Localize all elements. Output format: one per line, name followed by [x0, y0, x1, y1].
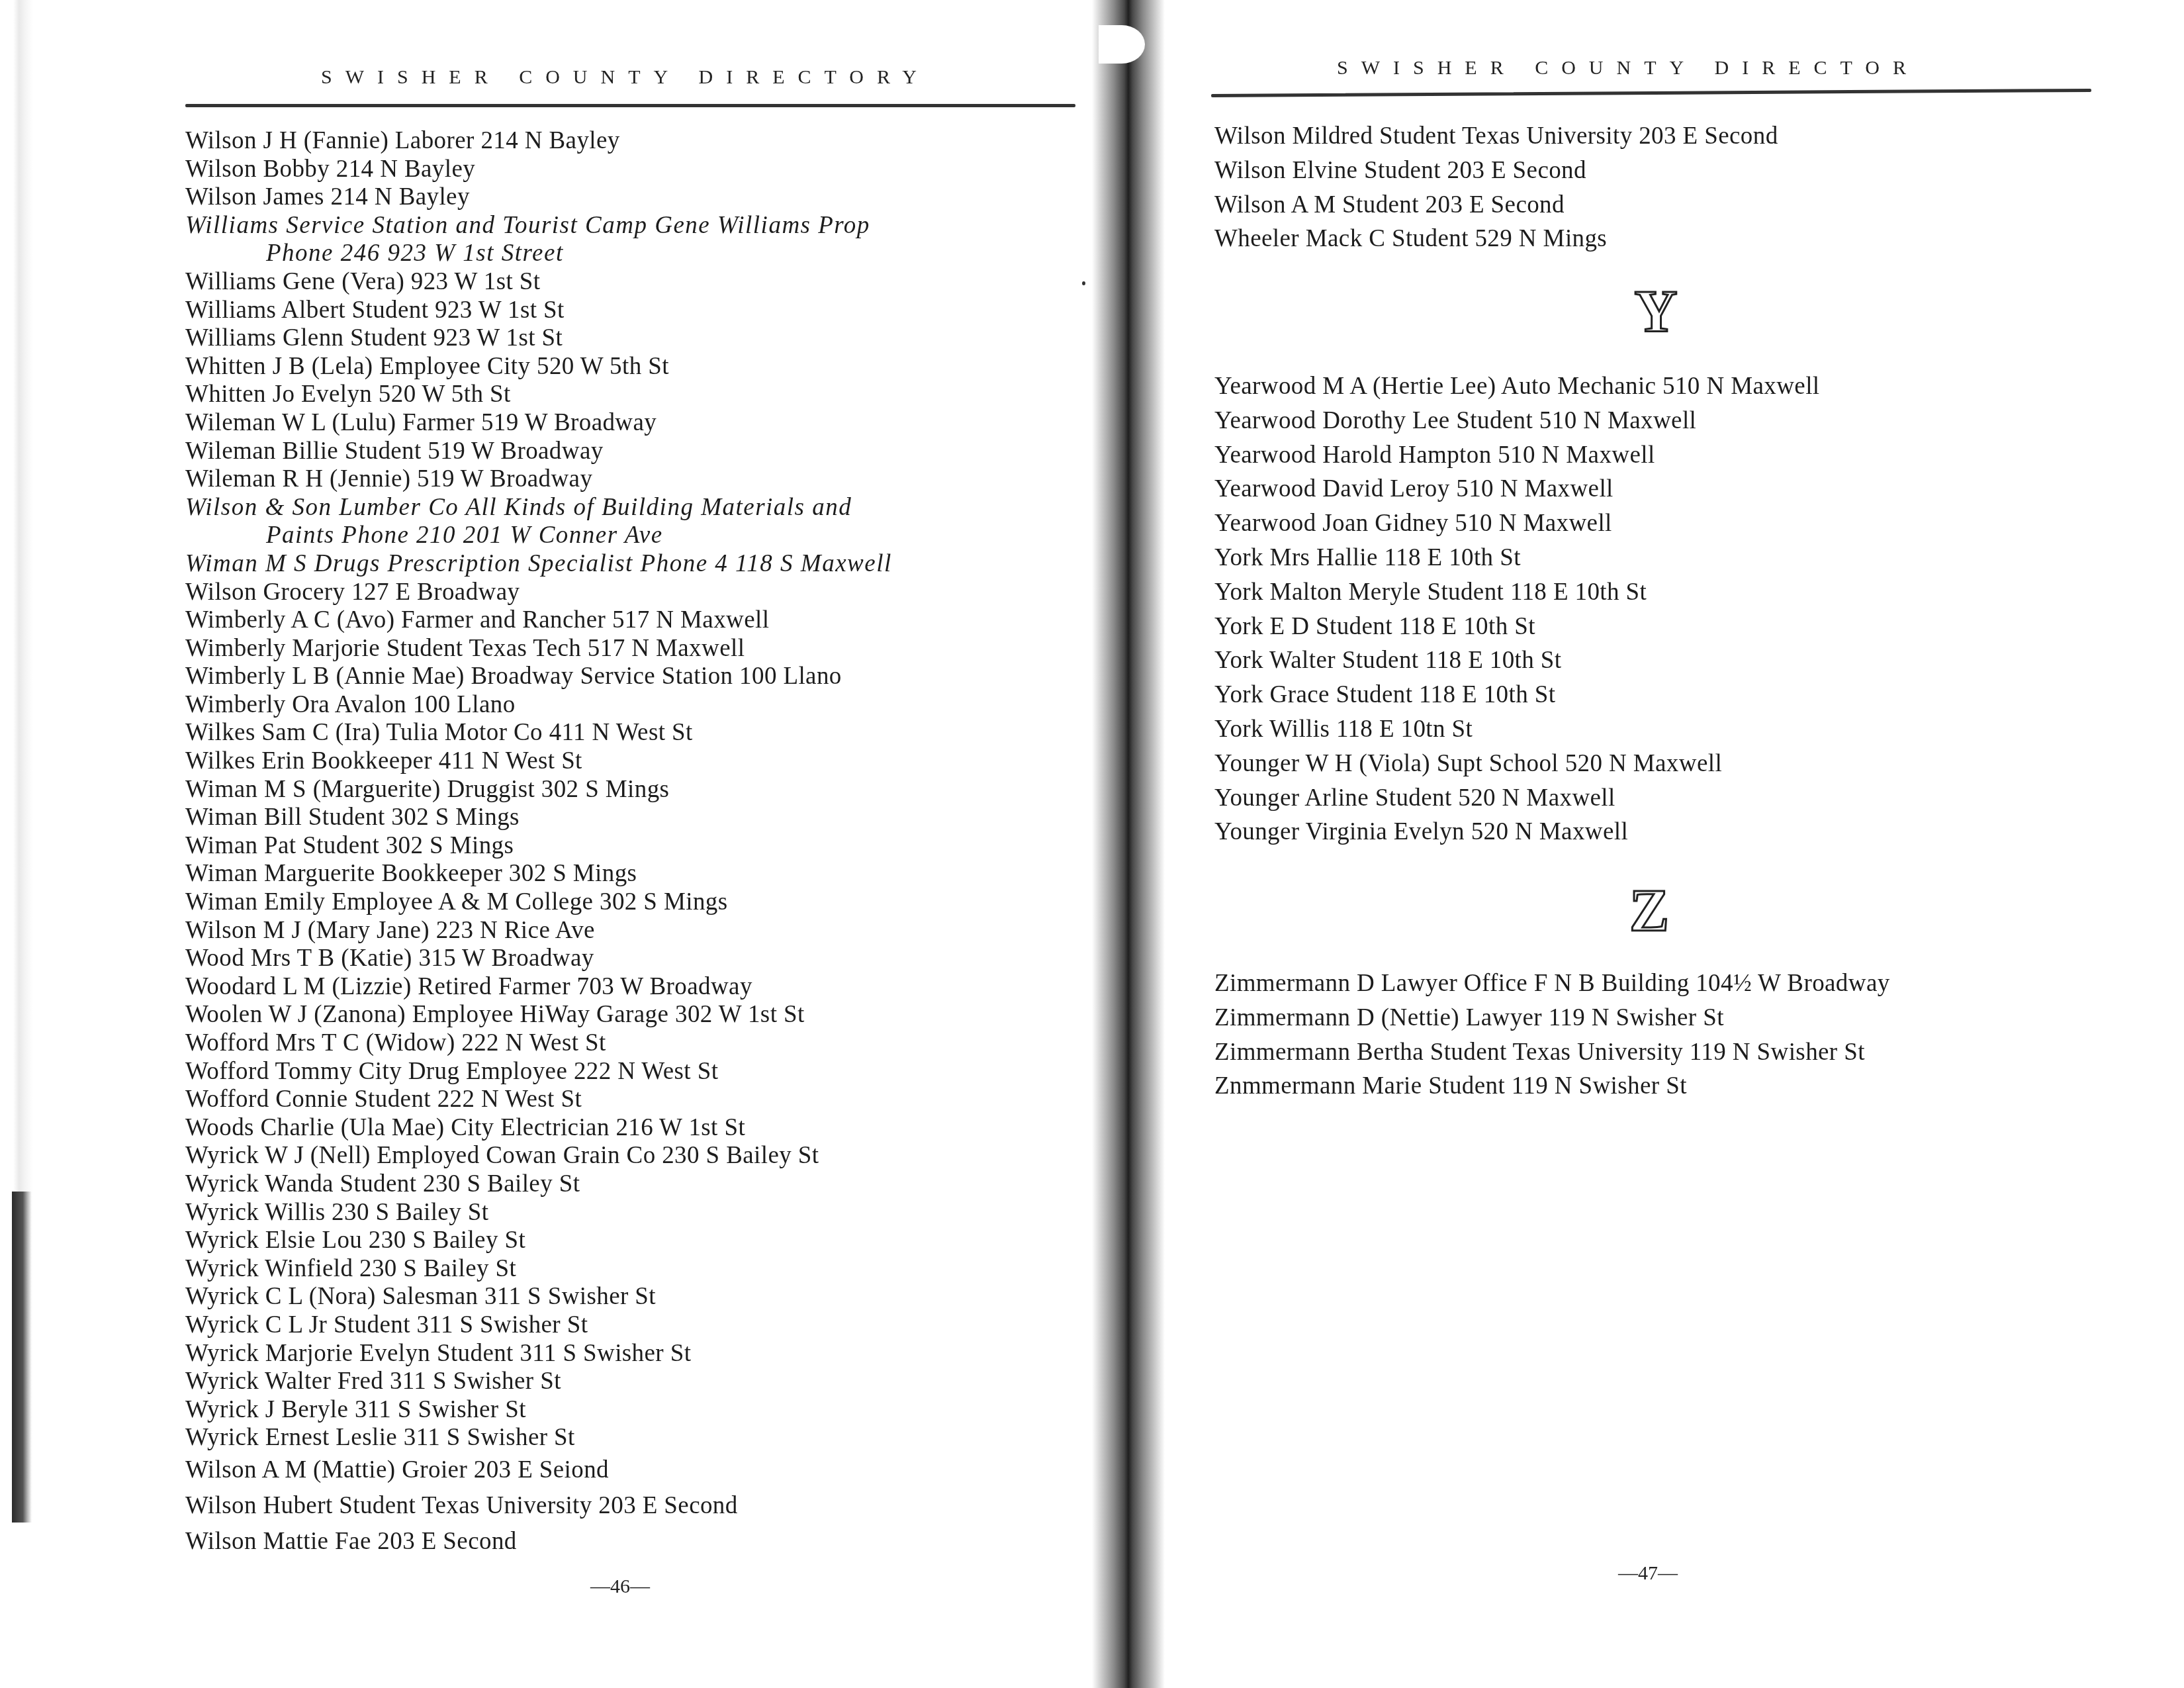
directory-entry: Williams Glenn Student 923 W 1st St [185, 324, 892, 353]
entry-text: Williams Service Station and Tourist Cam… [185, 212, 870, 239]
directory-entry: York Willis 118 E 10tn St [1214, 712, 1820, 747]
directory-entry: York Grace Student 118 E 10th St [1214, 678, 1820, 712]
directory-entry: Williams Gene (Vera) 923 W 1st St [185, 268, 892, 297]
directory-entry: Yearwood Harold Hampton 510 N Maxwell [1214, 438, 1820, 473]
directory-entry: Wyrick Willis 230 S Bailey St [185, 1199, 892, 1227]
directory-entry: Wilson Elvine Student 203 E Second [1214, 154, 1778, 188]
directory-entry: Wilson Hubert Student Texas University 2… [185, 1488, 892, 1524]
entry-continuation: Paints Phone 210 201 W Conner Ave [185, 522, 892, 550]
directory-entry: Zimmermann D Lawyer Office F N B Buildin… [1214, 966, 1890, 1001]
directory-entries: Wilson J H (Fannie) Laborer 214 N Bayley… [185, 127, 892, 1560]
directory-entry: Wofford Connie Student 222 N West St [185, 1086, 892, 1114]
directory-entry: Whitten J B (Lela) Employee City 520 W 5… [185, 353, 892, 381]
header-rule [1211, 89, 2091, 97]
directory-entry: Wilson Bobby 214 N Bayley [185, 156, 892, 184]
directory-entry: Wilson Grocery 127 E Broadway [185, 579, 892, 607]
directory-entry: Wyrick Winfield 230 S Bailey St [185, 1255, 892, 1284]
right-page: SWISHER COUNTY DIRECTOR Wilson Mildred S… [1208, 0, 2088, 1688]
z-section-entries: Zimmermann D Lawyer Office F N B Buildin… [1214, 966, 1890, 1103]
running-head: SWISHER COUNTY DIRECTORY [321, 66, 930, 89]
directory-entry: Whitten Jo Evelyn 520 W 5th St [185, 381, 892, 409]
directory-entry: Wilson A M Student 203 E Second [1214, 188, 1778, 222]
directory-entry: Williams Albert Student 923 W 1st St [185, 297, 892, 325]
directory-entry: Wiman Marguerite Bookkeeper 302 S Mings [185, 860, 892, 888]
scan-speck [1082, 281, 1085, 285]
entry-continuation: Phone 246 923 W 1st Street [185, 240, 892, 268]
directory-entry: Wyrick Ernest Leslie 311 S Swisher St [185, 1424, 892, 1452]
directory-entry: Wyrick C L (Nora) Salesman 311 S Swisher… [185, 1283, 892, 1311]
directory-entry: Wiman Bill Student 302 S Mings [185, 804, 892, 832]
business-entry: Wiman M S Drugs Prescription Specialist … [185, 550, 892, 579]
business-entry: Wilson & Son Lumber Co All Kinds of Buil… [185, 494, 892, 550]
directory-entry: York Malton Meryle Student 118 E 10th St [1214, 575, 1820, 610]
directory-entry: Zimmermann D (Nettie) Lawyer 119 N Swish… [1214, 1001, 1890, 1035]
y-section-entries: Yearwood M A (Hertie Lee) Auto Mechanic … [1214, 369, 1820, 849]
directory-entry: Wileman R H (Jennie) 519 W Broadway [185, 465, 892, 494]
directory-entry: Wimberly Marjorie Student Texas Tech 517… [185, 635, 892, 663]
directory-entry: Wiman Pat Student 302 S Mings [185, 832, 892, 861]
directory-entry: Wiman Emily Employee A & M College 302 S… [185, 888, 892, 917]
directory-entry: Yearwood M A (Hertie Lee) Auto Mechanic … [1214, 369, 1820, 404]
directory-entry: Wofford Tommy City Drug Employee 222 N W… [185, 1058, 892, 1086]
page-number: —46— [590, 1575, 650, 1598]
left-page: SWISHER COUNTY DIRECTORY Wilson J H (Fan… [185, 0, 1079, 1688]
directory-entry: Wiman M S (Marguerite) Druggist 302 S Mi… [185, 776, 892, 804]
directory-entry: Wyrick J Beryle 311 S Swisher St [185, 1396, 892, 1425]
spine-notch [1099, 25, 1145, 64]
w-continued-entries: Wilson Mildred Student Texas University … [1214, 119, 1778, 256]
directory-entry: Wimberly A C (Avo) Farmer and Rancher 51… [185, 606, 892, 635]
directory-entry: Wheeler Mack C Student 529 N Mings [1214, 222, 1778, 256]
directory-entry: Wilkes Sam C (Ira) Tulia Motor Co 411 N … [185, 719, 892, 747]
directory-entry: Wyrick Marjorie Evelyn Student 311 S Swi… [185, 1340, 892, 1368]
directory-entry: Younger W H (Viola) Supt School 520 N Ma… [1214, 747, 1820, 781]
directory-entry: Wileman Billie Student 519 W Broadway [185, 438, 892, 466]
directory-entry: York Mrs Hallie 118 E 10th St [1214, 541, 1820, 575]
directory-entry: Znmmermann Marie Student 119 N Swisher S… [1214, 1069, 1890, 1103]
directory-entry: Wood Mrs T B (Katie) 315 W Broadway [185, 945, 892, 973]
directory-entry: York E D Student 118 E 10th St [1214, 610, 1820, 644]
directory-entry: Younger Arline Student 520 N Maxwell [1214, 781, 1820, 816]
directory-entry: Wileman W L (Lulu) Farmer 519 W Broadway [185, 409, 892, 438]
directory-entry: Wyrick Wanda Student 230 S Bailey St [185, 1170, 892, 1199]
section-heading-z: Z [1616, 877, 1682, 945]
directory-entry: Wilson J H (Fannie) Laborer 214 N Bayley [185, 127, 892, 156]
directory-entry: Wilson Mildred Student Texas University … [1214, 119, 1778, 154]
section-heading-y: Y [1623, 278, 1689, 346]
directory-entry: Wimberly Ora Avalon 100 Llano [185, 691, 892, 720]
directory-entry: Yearwood David Leroy 510 N Maxwell [1214, 472, 1820, 506]
directory-entry: Wyrick Elsie Lou 230 S Bailey St [185, 1227, 892, 1255]
book-spine-gutter [1092, 0, 1165, 1688]
directory-entry: Wimberly L B (Annie Mae) Broadway Servic… [185, 663, 892, 691]
directory-entry: Wilson James 214 N Bayley [185, 183, 892, 212]
directory-entry: Wilson Mattie Fae 203 E Second [185, 1524, 892, 1560]
directory-entry: Zimmermann Bertha Student Texas Universi… [1214, 1035, 1890, 1070]
directory-entry: Wilson M J (Mary Jane) 223 N Rice Ave [185, 917, 892, 945]
directory-entry: Woodard L M (Lizzie) Retired Farmer 703 … [185, 973, 892, 1002]
directory-entry: Wilkes Erin Bookkeeper 411 N West St [185, 747, 892, 776]
business-entry: Williams Service Station and Tourist Cam… [185, 212, 892, 268]
directory-entry: Yearwood Joan Gidney 510 N Maxwell [1214, 506, 1820, 541]
header-rule [185, 104, 1075, 107]
directory-entry: Wyrick W J (Nell) Employed Cowan Grain C… [185, 1142, 892, 1170]
directory-entry: Wofford Mrs T C (Widow) 222 N West St [185, 1029, 892, 1058]
directory-entry: Woolen W J (Zanona) Employee HiWay Garag… [185, 1001, 892, 1029]
directory-entry: Wilson A M (Mattie) Groier 203 E Seiond [185, 1452, 892, 1488]
scan-left-edge-shadow [12, 1192, 32, 1523]
directory-entry: Woods Charlie (Ula Mae) City Electrician… [185, 1114, 892, 1143]
entry-text: Wilson & Son Lumber Co All Kinds of Buil… [185, 494, 852, 521]
page-number: —47— [1618, 1562, 1678, 1585]
directory-entry: Younger Virginia Evelyn 520 N Maxwell [1214, 815, 1820, 849]
running-head: SWISHER COUNTY DIRECTOR [1337, 57, 1919, 79]
directory-entry: Wyrick Walter Fred 311 S Swisher St [185, 1368, 892, 1396]
directory-entry: Wyrick C L Jr Student 311 S Swisher St [185, 1311, 892, 1340]
directory-entry: York Walter Student 118 E 10th St [1214, 643, 1820, 678]
directory-entry: Yearwood Dorothy Lee Student 510 N Maxwe… [1214, 404, 1820, 438]
